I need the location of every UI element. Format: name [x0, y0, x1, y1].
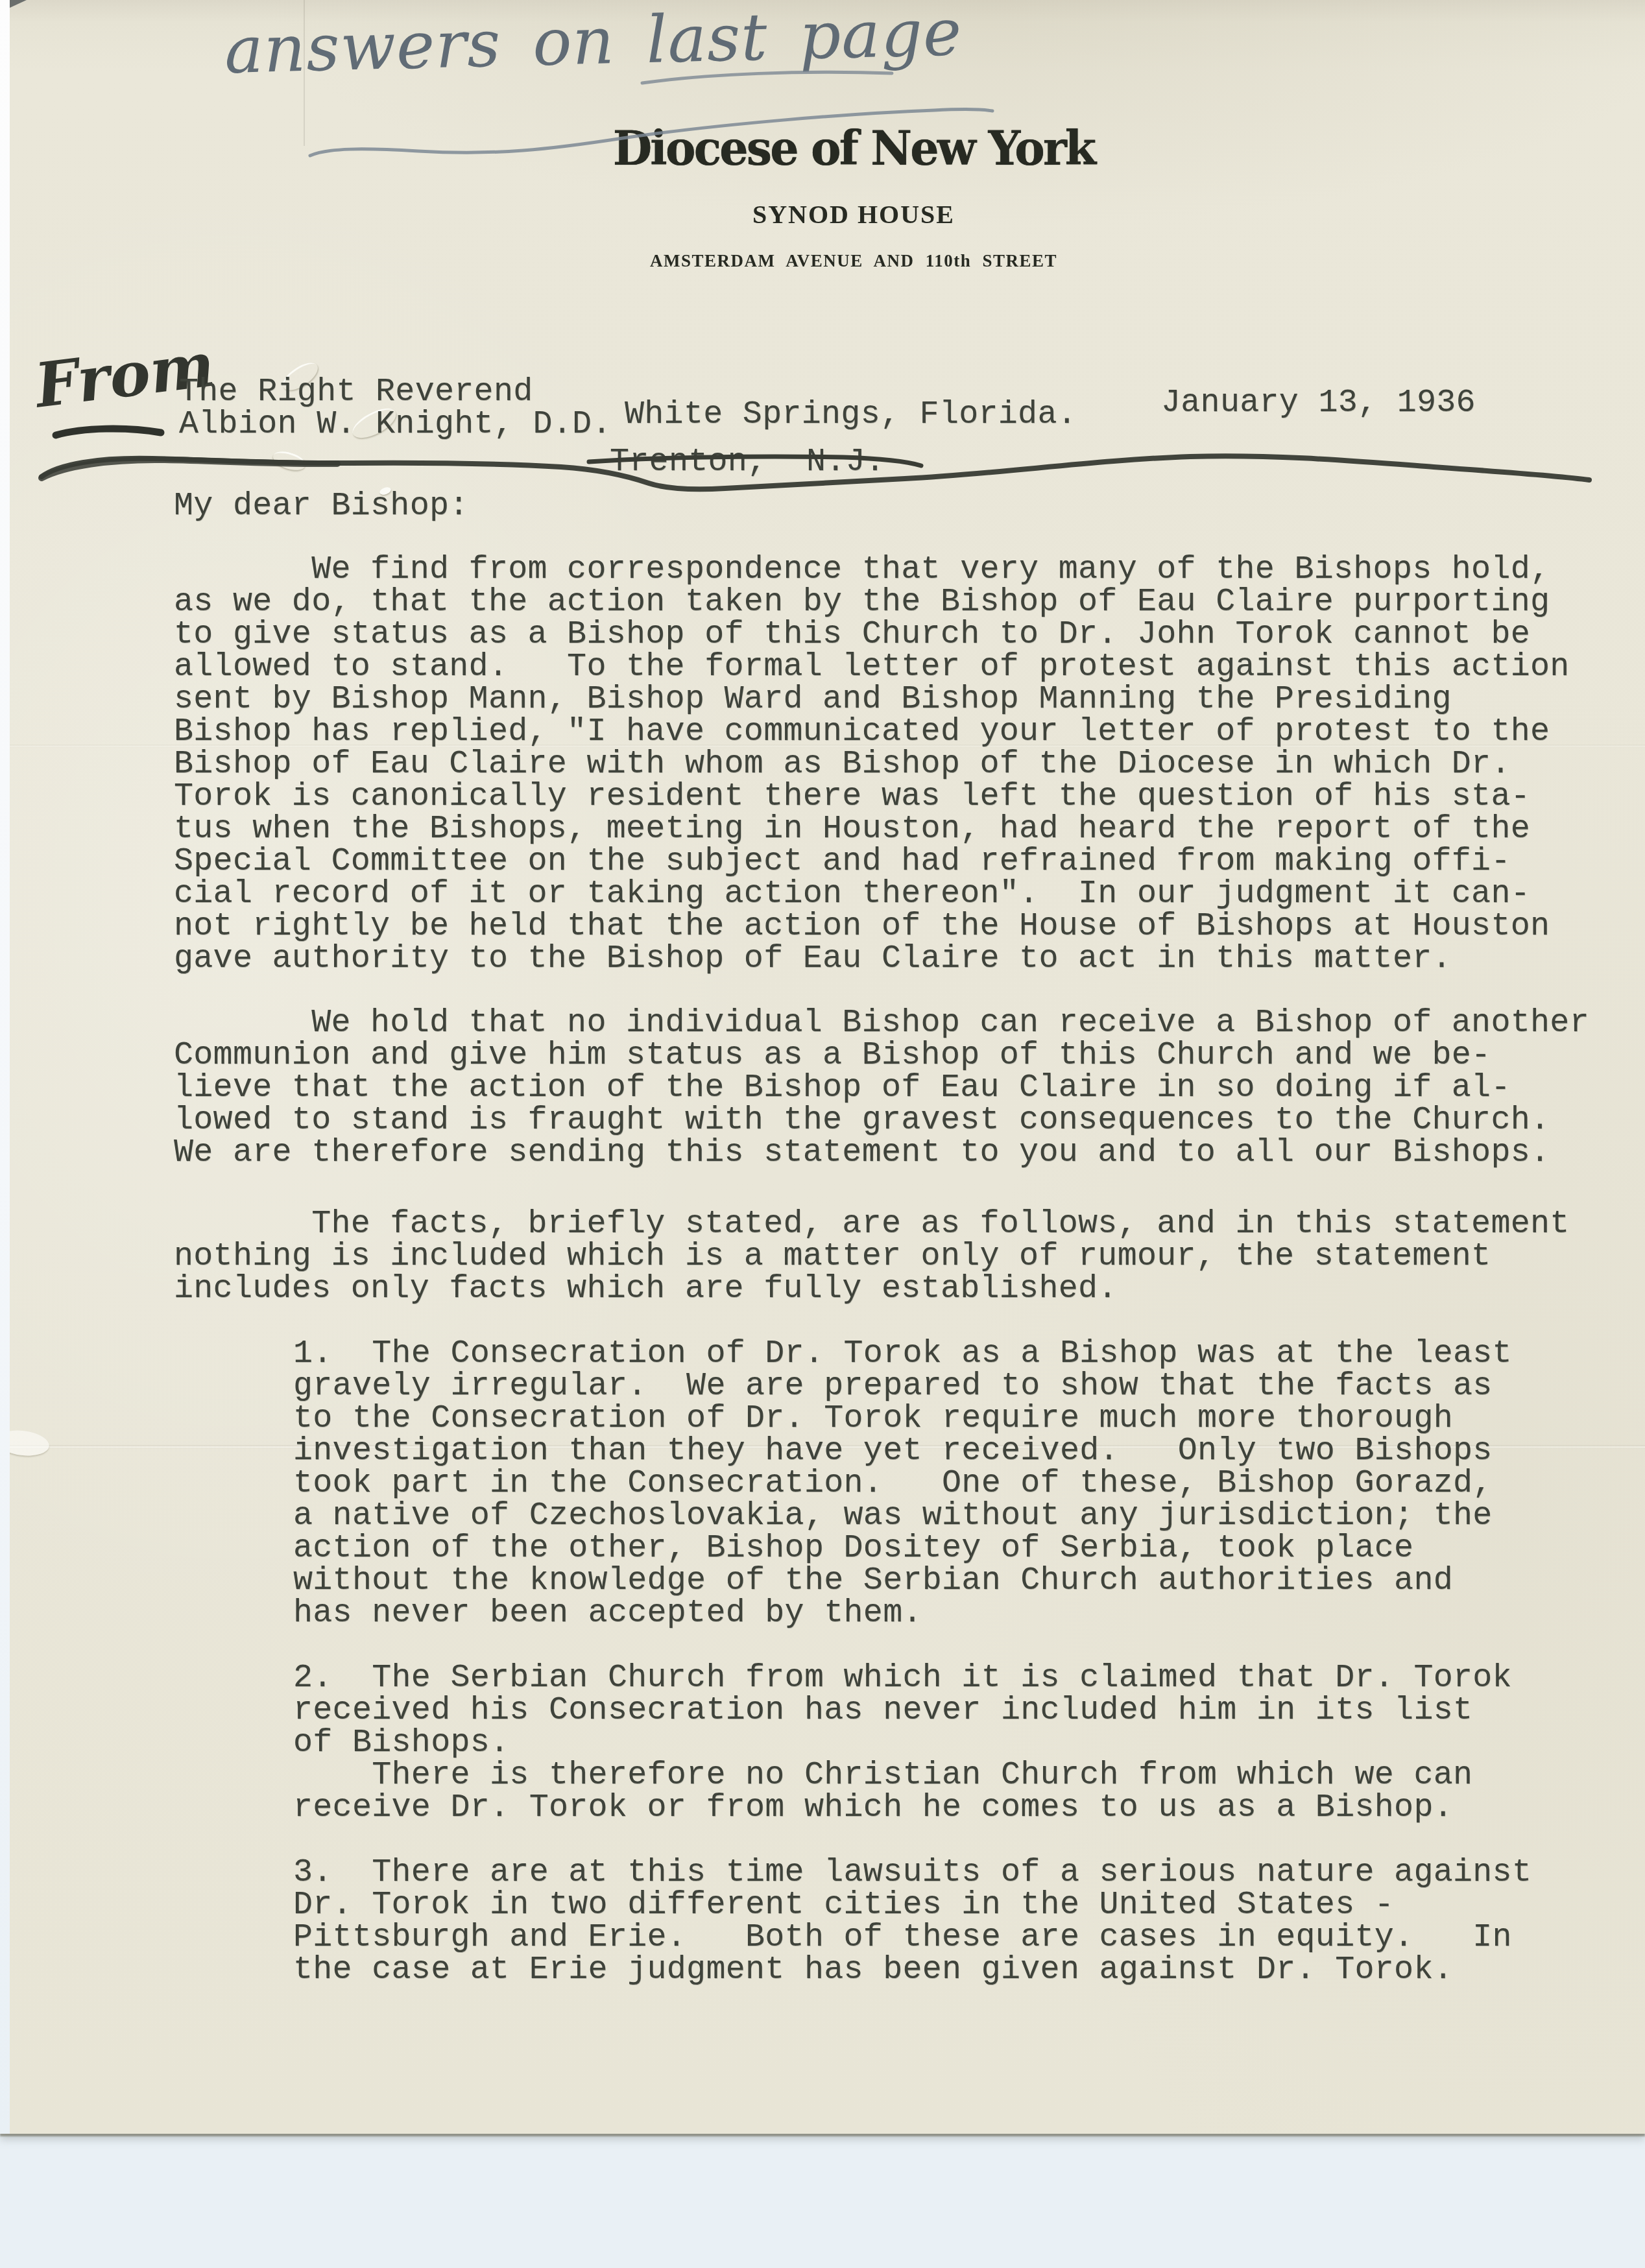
handwritten-pencil-note: answers on last page: [224, 0, 963, 83]
sender-title-line: The Right Reverend: [179, 376, 533, 409]
paper-crimp-mark: [270, 448, 307, 474]
scan-corner-artifact: [10, 0, 27, 8]
numbered-item-2: 2. The Serbian Church from which it is c…: [293, 1662, 1512, 1824]
letter-date: January 13, 1936: [1161, 387, 1476, 420]
sender-location-struck-out: Trenton, N.J.: [610, 446, 885, 479]
letterhead-address: AMSTERDAM AVENUE AND 110th STREET: [650, 252, 1057, 270]
numbered-item-3: 3. There are at this time lawsuits of a …: [293, 1857, 1531, 1987]
body-paragraph-2: We hold that no individual Bishop can re…: [174, 1007, 1589, 1169]
numbered-item-1: 1. The Consecration of Dr. Torok as a Bi…: [293, 1338, 1512, 1630]
body-paragraph-3: The facts, briefly stated, are as follow…: [174, 1208, 1570, 1306]
sender-location: White Springs, Florida.: [625, 399, 1077, 431]
sender-name-line: Albion W. Knight, D.D.: [179, 409, 612, 441]
scanned-letter-page: answers on last page From Diocese of New…: [0, 0, 1645, 2268]
body-paragraph-1: We find from correspondence that very ma…: [174, 554, 1570, 975]
salutation: My dear Bishop:: [174, 490, 469, 523]
scanner-background-strip: [0, 0, 10, 2134]
letterhead-building: SYNOD HOUSE: [752, 202, 955, 228]
letterhead-organization: Diocese of New York: [613, 125, 1095, 172]
